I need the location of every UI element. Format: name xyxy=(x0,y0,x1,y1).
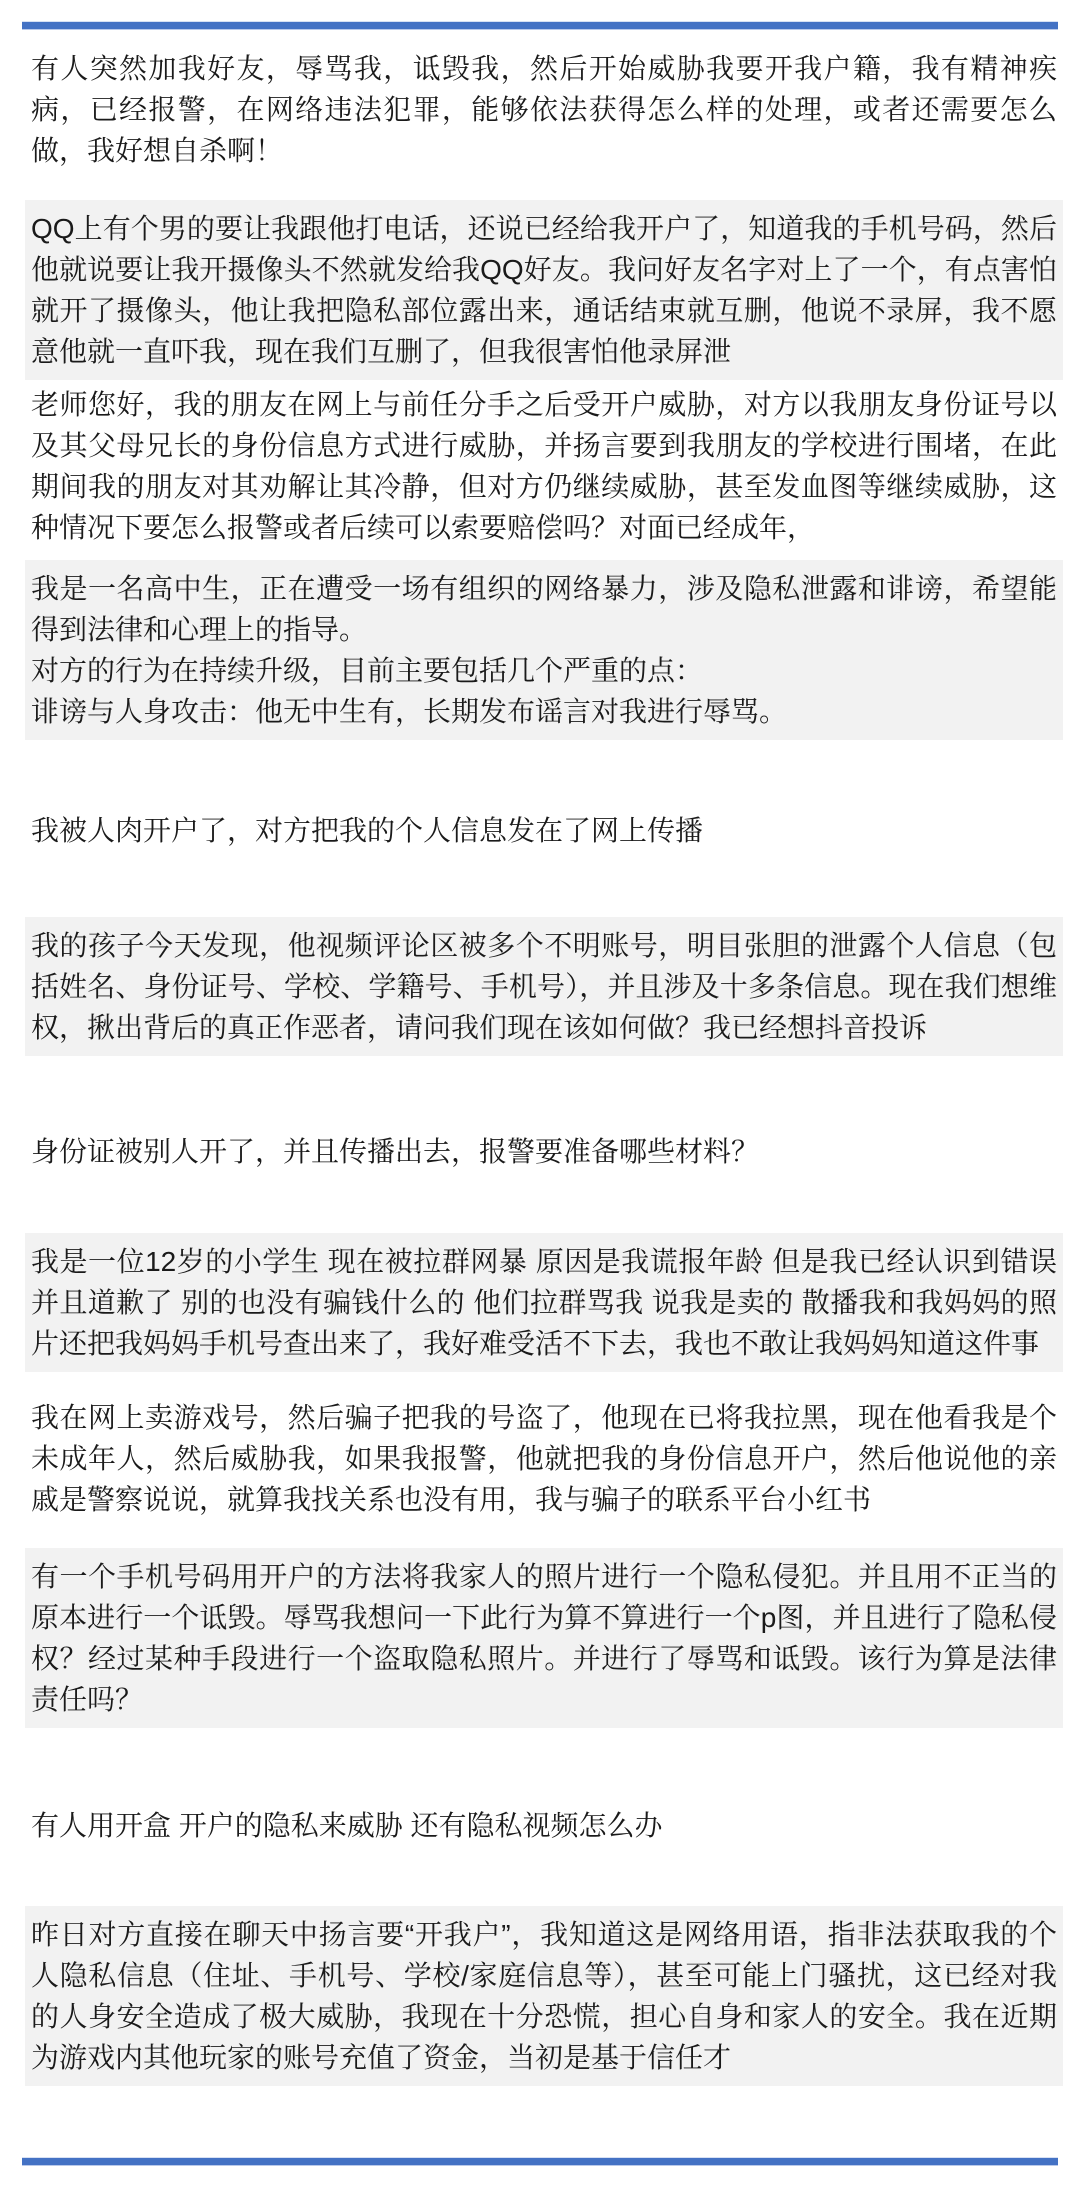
question-block: 有人用开盒 开户的隐私来威胁 还有隐私视频怎么办 xyxy=(25,1805,1063,1846)
question-block: 昨日对方直接在聊天中扬言要“开我户”，我知道这是网络用语，指非法获取我的个人隐私… xyxy=(25,1906,1063,2086)
highlight-bar-bottom xyxy=(22,2158,1058,2165)
question-block: 有人突然加我好友，辱骂我，诋毁我，然后开始威胁我要开我户籍，我有精神疾病，已经报… xyxy=(25,48,1063,171)
question-block: 身份证被别人开了，并且传播出去，报警要准备哪些材料？ xyxy=(25,1131,1063,1172)
question-list-content: 有人突然加我好友，辱骂我，诋毁我，然后开始威胁我要开我户籍，我有精神疾病，已经报… xyxy=(0,0,1080,2086)
question-block: 我的孩子今天发现，他视频评论区被多个不明账号，明目张胆的泄露个人信息（包括姓名、… xyxy=(25,917,1063,1056)
question-block: 我是一名高中生，正在遭受一场有组织的网络暴力，涉及隐私泄露和诽谤，希望能得到法律… xyxy=(25,560,1063,740)
question-block: 有一个手机号码用开户的方法将我家人的照片进行一个隐私侵犯。并且用不正当的原本进行… xyxy=(25,1548,1063,1728)
question-block: 我在网上卖游戏号，然后骗子把我的号盗了，他现在已将我拉黑，现在他看我是个未成年人… xyxy=(25,1397,1063,1520)
question-block: 我是一位12岁的小学生 现在被拉群网暴 原因是我谎报年龄 但是我已经认识到错误并… xyxy=(25,1233,1063,1372)
consultation-question-list: 有人突然加我好友，辱骂我，诋毁我，然后开始威胁我要开我户籍，我有精神疾病，已经报… xyxy=(0,0,1080,2190)
question-block: QQ上有个男的要让我跟他打电话，还说已经给我开户了，知道我的手机号码，然后他就说… xyxy=(25,200,1063,380)
question-block: 老师您好，我的朋友在网上与前任分手之后受开户威胁，对方以我朋友身份证号以及其父母… xyxy=(25,384,1063,548)
question-block: 我被人肉开户了，对方把我的个人信息发在了网上传播 xyxy=(25,810,1063,851)
